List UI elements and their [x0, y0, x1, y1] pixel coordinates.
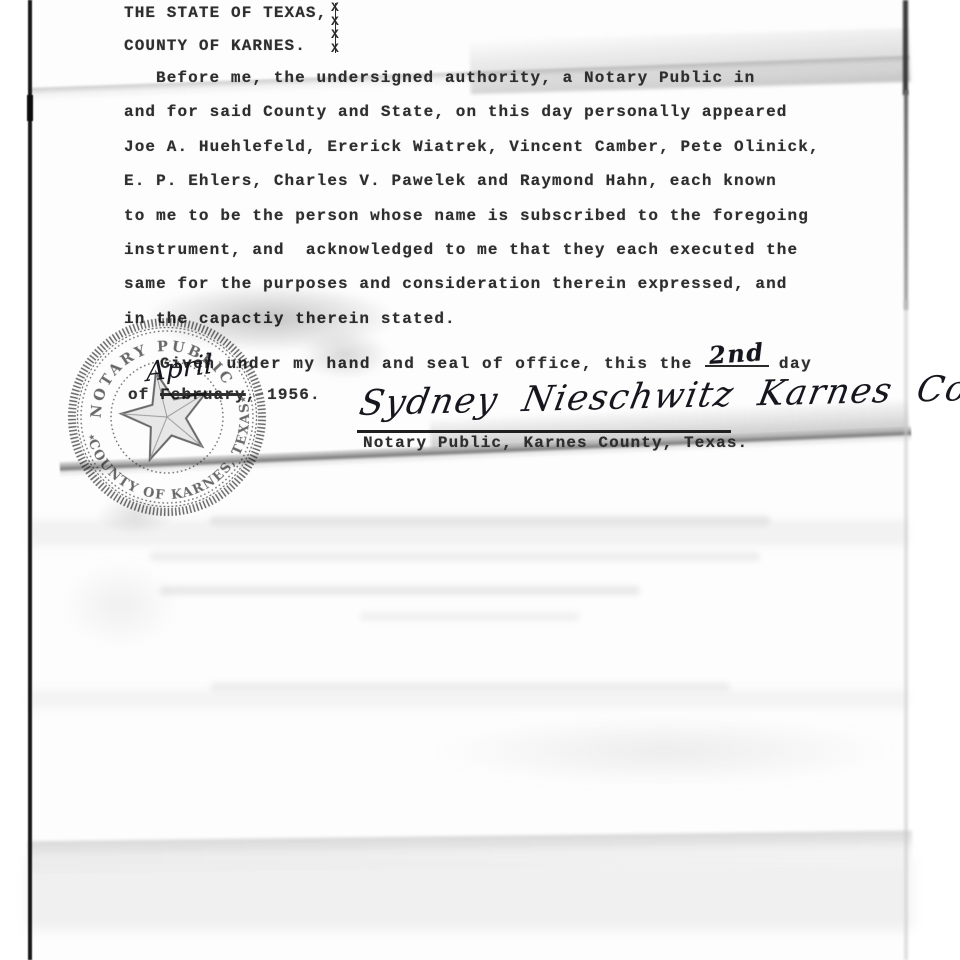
bleed-through-smudge: [430, 716, 900, 786]
venue-brace: X X X X: [331, 1, 339, 55]
body-line: E. P. Ehlers, Charles V. Pawelek and Ray…: [124, 172, 777, 190]
bleed-through-smudge: [60, 560, 180, 650]
seal-separator-icon: ★: [239, 393, 249, 406]
scanned-notary-document: THE STATE OF TEXAS, COUNTY OF KARNES. X …: [0, 0, 960, 960]
body-line: Before me, the undersigned authority, a …: [156, 69, 755, 87]
day-blank-underline: 2nd: [705, 345, 769, 367]
body-line: and for said County and State, on this d…: [124, 103, 788, 121]
body-line: instrument, and acknowledged to me that …: [124, 241, 798, 259]
page-edge-left: [28, 0, 32, 960]
county-line: COUNTY OF KARNES.: [124, 37, 306, 55]
page-edge-right: [903, 0, 908, 95]
seal-separator-icon: ★: [87, 431, 97, 444]
page-edge-left-knot: [27, 95, 33, 121]
state-line: THE STATE OF TEXAS,: [124, 4, 327, 22]
notary-title-line: Notary Public, Karnes County, Texas.: [363, 434, 748, 452]
page-edge-right: [904, 90, 908, 310]
body-line: to me to be the person whose name is sub…: [124, 207, 809, 225]
signature-underline: [357, 430, 731, 433]
body-line: same for the purposes and consideration …: [124, 275, 788, 293]
handwritten-day: 2nd: [708, 337, 765, 370]
body-line: Joe A. Huehlefeld, Ererick Wiatrek, Vinc…: [124, 138, 820, 156]
given-suffix: day: [779, 355, 812, 373]
